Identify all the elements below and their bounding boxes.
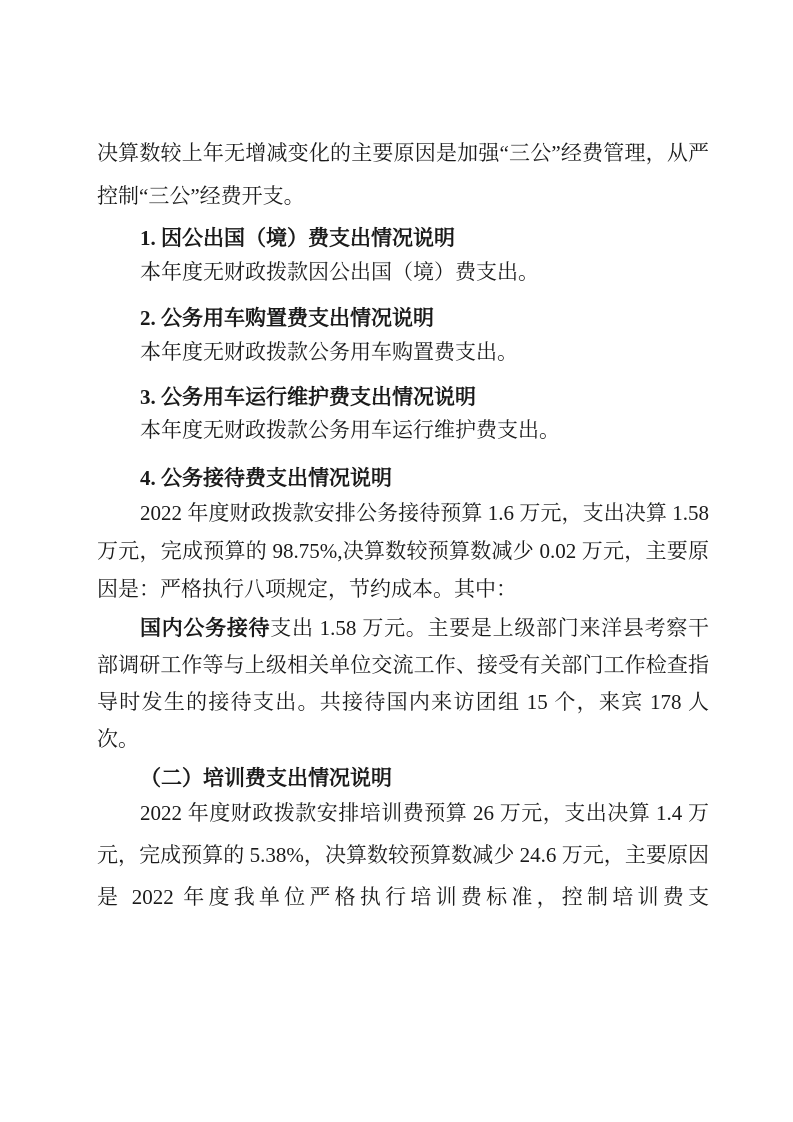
para-reception-budget: 2022 年度财政拨款安排公务接待预算 1.6 万元，支出决算 1.58 万元，… (97, 494, 709, 608)
domestic-reception-bold-lead: 国内公务接待 (140, 616, 270, 640)
page-content: 决算数较上年无增减变化的主要原因是加强“三公”经费管理，从严控制“三公”经费开支… (97, 132, 709, 918)
para-domestic-reception: 国内公务接待支出 1.58 万元。主要是上级部门来洋县考察干部调研工作等与上级相… (97, 610, 709, 758)
heading-4-official-reception: 4. 公务接待费支出情况说明 (97, 458, 709, 498)
para-no-abroad-expense: 本年度无财政拨款因公出国（境）费支出。 (97, 252, 709, 292)
document-page: 决算数较上年无增减变化的主要原因是加强“三公”经费管理，从严控制“三公”经费开支… (0, 0, 793, 1122)
para-no-vehicle-maintenance: 本年度无财政拨款公务用车运行维护费支出。 (97, 410, 709, 450)
para-no-vehicle-purchase: 本年度无财政拨款公务用车购置费支出。 (97, 332, 709, 372)
para-training-budget: 2022 年度财政拨款安排培训费预算 26 万元，支出决算 1.4 万元，完成预… (97, 792, 709, 918)
para-carryover-sangong: 决算数较上年无增减变化的主要原因是加强“三公”经费管理，从严控制“三公”经费开支… (97, 132, 709, 218)
